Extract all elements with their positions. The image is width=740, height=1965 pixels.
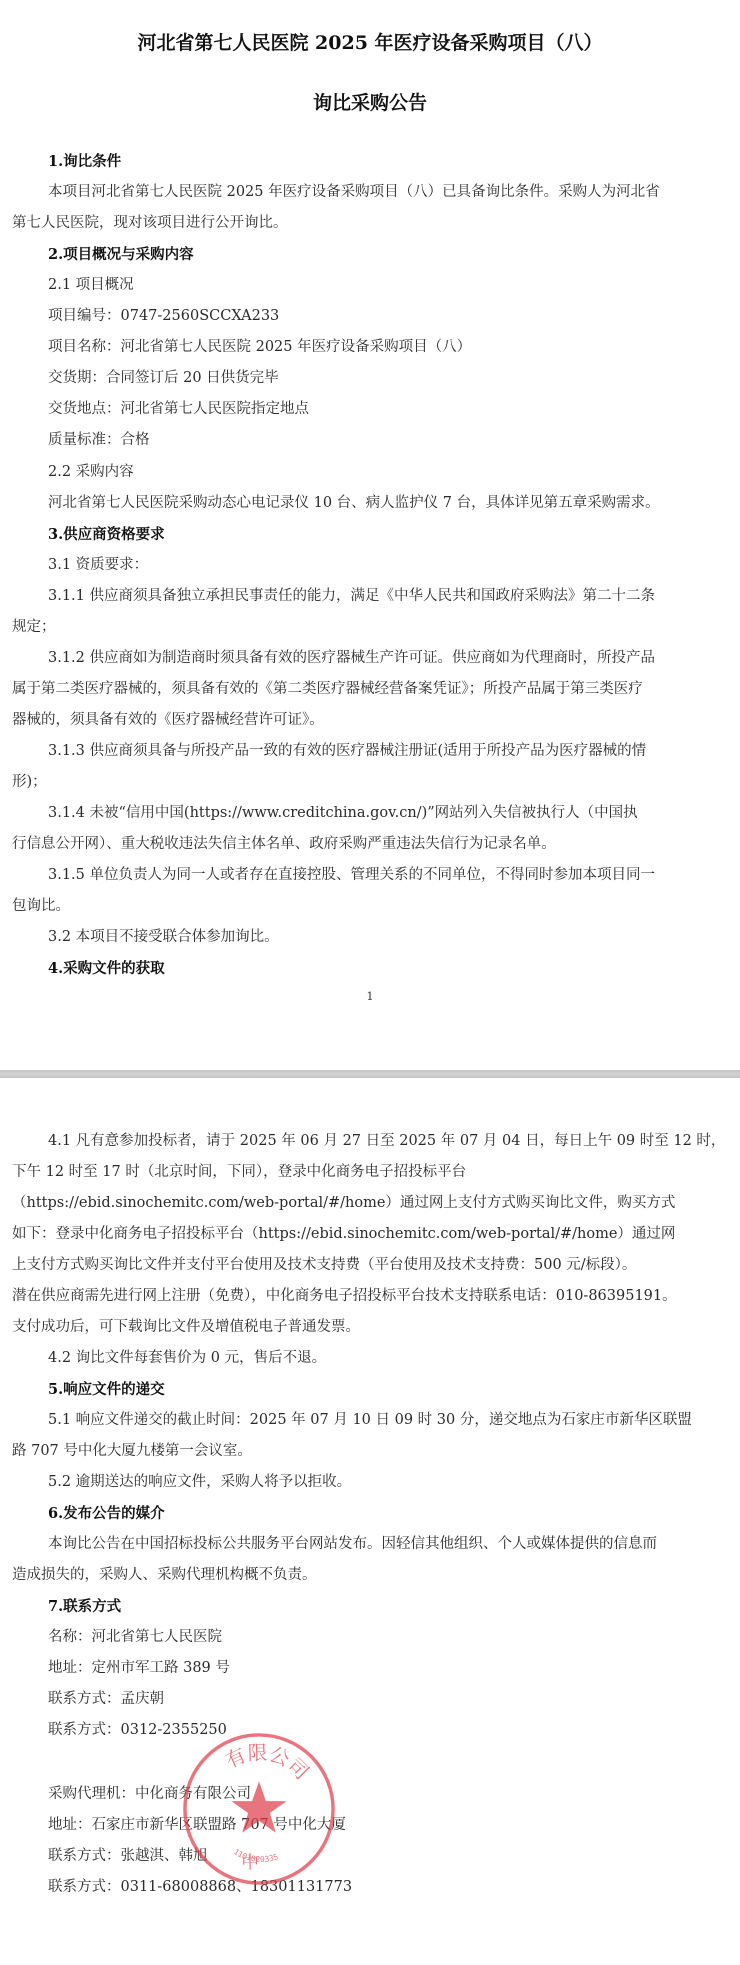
body-text-line: 支付成功后，可下载询比文件及增值税电子普通发票。 bbox=[12, 1312, 360, 1343]
body-text-line: 第七人民医院，现对该项目进行公开询比。 bbox=[12, 208, 288, 239]
section-heading: 5.响应文件的递交 bbox=[48, 1374, 165, 1405]
body-text-line: 3.1.3 供应商须具备与所投产品一致的有效的医疗器械注册证(适用于所投产品为医… bbox=[48, 736, 646, 767]
document-subtitle: 询比采购公告 bbox=[0, 88, 740, 115]
body-text-line: 名称：河北省第七人民医院 bbox=[48, 1622, 222, 1653]
body-text-line: 交货期：合同签订后 20 日供货完毕 bbox=[48, 363, 279, 394]
body-text-line: 联系方式：0311-68008868、18301131773 bbox=[48, 1872, 352, 1903]
body-text-line: 3.1.2 供应商如为制造商时须具备有效的医疗器械生产许可证。供应商如为代理商时… bbox=[48, 643, 655, 674]
section-heading: 2.项目概况与采购内容 bbox=[48, 239, 194, 270]
body-text-line: 下午 12 时至 17 时（北京时间，下同），登录中化商务电子招投标平台 bbox=[12, 1157, 466, 1188]
body-text-line: 路 707 号中化大厦九楼第一会议室。 bbox=[12, 1436, 252, 1467]
body-text-line: 规定； bbox=[12, 612, 56, 643]
body-text-line: 5.1 响应文件递交的截止时间：2025 年 07 月 10 日 09 时 30… bbox=[48, 1405, 692, 1436]
document-title: 河北省第七人民医院 2025 年医疗设备采购项目（八） bbox=[0, 28, 740, 55]
body-text-line: 3.1 资质要求： bbox=[48, 550, 148, 581]
body-text-line: 联系方式：0312-2355250 bbox=[48, 1715, 227, 1746]
body-text-line: 4.1 凡有意参加投标者，请于 2025 年 06 月 27 日至 2025 年… bbox=[48, 1126, 725, 1157]
page-break-divider bbox=[0, 1070, 740, 1078]
body-text-line: 地址：石家庄市新华区联盟路 707 号中化大厦 bbox=[48, 1810, 346, 1841]
section-heading: 1.询比条件 bbox=[48, 146, 121, 177]
body-text-line: 项目名称：河北省第七人民医院 2025 年医疗设备采购项目（八） bbox=[48, 332, 471, 363]
body-text-line: 器械的，须具备有效的《医疗器械经营许可证》。 bbox=[12, 705, 324, 736]
page-number: 1 bbox=[0, 990, 740, 1003]
body-text-line: 如下：登录中化商务电子招投标平台（https://ebid.sinochemit… bbox=[12, 1219, 675, 1250]
body-text-line: 本项目河北省第七人民医院 2025 年医疗设备采购项目（八）已具备询比条件。采购… bbox=[48, 177, 660, 208]
body-text-line: 交货地点：河北省第七人民医院指定地点 bbox=[48, 394, 309, 425]
body-text-line: 质量标准：合格 bbox=[48, 425, 150, 456]
body-text-line: 造成损失的，采购人、采购代理机构概不负责。 bbox=[12, 1560, 317, 1591]
body-text-line: 2.1 项目概况 bbox=[48, 270, 134, 301]
body-text-line: 属于第二类医疗器械的，须具备有效的《第二类医疗器械经营备案凭证》；所投产品属于第… bbox=[12, 674, 643, 705]
body-text-line: 本询比公告在中国招标投标公共服务平台网站发布。因轻信其他组织、个人或媒体提供的信… bbox=[48, 1529, 657, 1560]
body-text-line: 河北省第七人民医院采购动态心电记录仪 10 台、病人监护仪 7 台，具体详见第五… bbox=[48, 488, 660, 519]
body-text-line: 3.2 本项目不接受联合体参加询比。 bbox=[48, 922, 279, 953]
body-text-line: 2.2 采购内容 bbox=[48, 457, 134, 488]
section-heading: 7.联系方式 bbox=[48, 1591, 121, 1622]
body-text-line: 上支付方式购买询比文件并支付平台使用及技术支持费（平台使用及技术支持费：500 … bbox=[12, 1250, 636, 1281]
body-text-line: （https://ebid.sinochemitc.com/web-portal… bbox=[12, 1188, 675, 1219]
body-text-line: 潜在供应商需先进行网上注册（免费），中化商务电子招投标平台技术支持联系电话：01… bbox=[12, 1281, 677, 1312]
body-text-line: 3.1.4 未被“信用中国(https://www.creditchina.go… bbox=[48, 798, 638, 829]
section-heading: 4.采购文件的获取 bbox=[48, 953, 165, 984]
body-text-line: 包询比。 bbox=[12, 891, 70, 922]
section-heading: 3.供应商资格要求 bbox=[48, 519, 165, 550]
body-text-line: 3.1.5 单位负责人为同一人或者存在直接控股、管理关系的不同单位，不得同时参加… bbox=[48, 860, 655, 891]
body-text-line: 3.1.1 供应商须具备独立承担民事责任的能力，满足《中华人民共和国政府采购法》… bbox=[48, 581, 655, 612]
body-text-line: 联系方式：张越淇、韩旭 bbox=[48, 1841, 208, 1872]
body-text-line: 4.2 询比文件每套售价为 0 元，售后不退。 bbox=[48, 1343, 326, 1374]
body-text-line: 地址：定州市军工路 389 号 bbox=[48, 1653, 230, 1684]
section-heading: 6.发布公告的媒介 bbox=[48, 1498, 165, 1529]
body-text-line: 形)； bbox=[12, 767, 47, 798]
body-text-line: 项目编号：0747-2560SCCXA233 bbox=[48, 301, 279, 332]
body-text-line: 行信息公开网）、重大税收违法失信主体名单、政府采购严重违法失信行为记录名单。 bbox=[12, 829, 556, 860]
body-text-line: 5.2 逾期送达的响应文件，采购人将予以拒收。 bbox=[48, 1467, 351, 1498]
body-text-line: 采购代理机：中化商务有限公司 bbox=[48, 1779, 251, 1810]
document-page-1: 河北省第七人民医院 2025 年医疗设备采购项目（八） 询比采购公告 1.询比条… bbox=[0, 0, 740, 1070]
body-text-line: 联系方式：孟庆朝 bbox=[48, 1684, 164, 1715]
